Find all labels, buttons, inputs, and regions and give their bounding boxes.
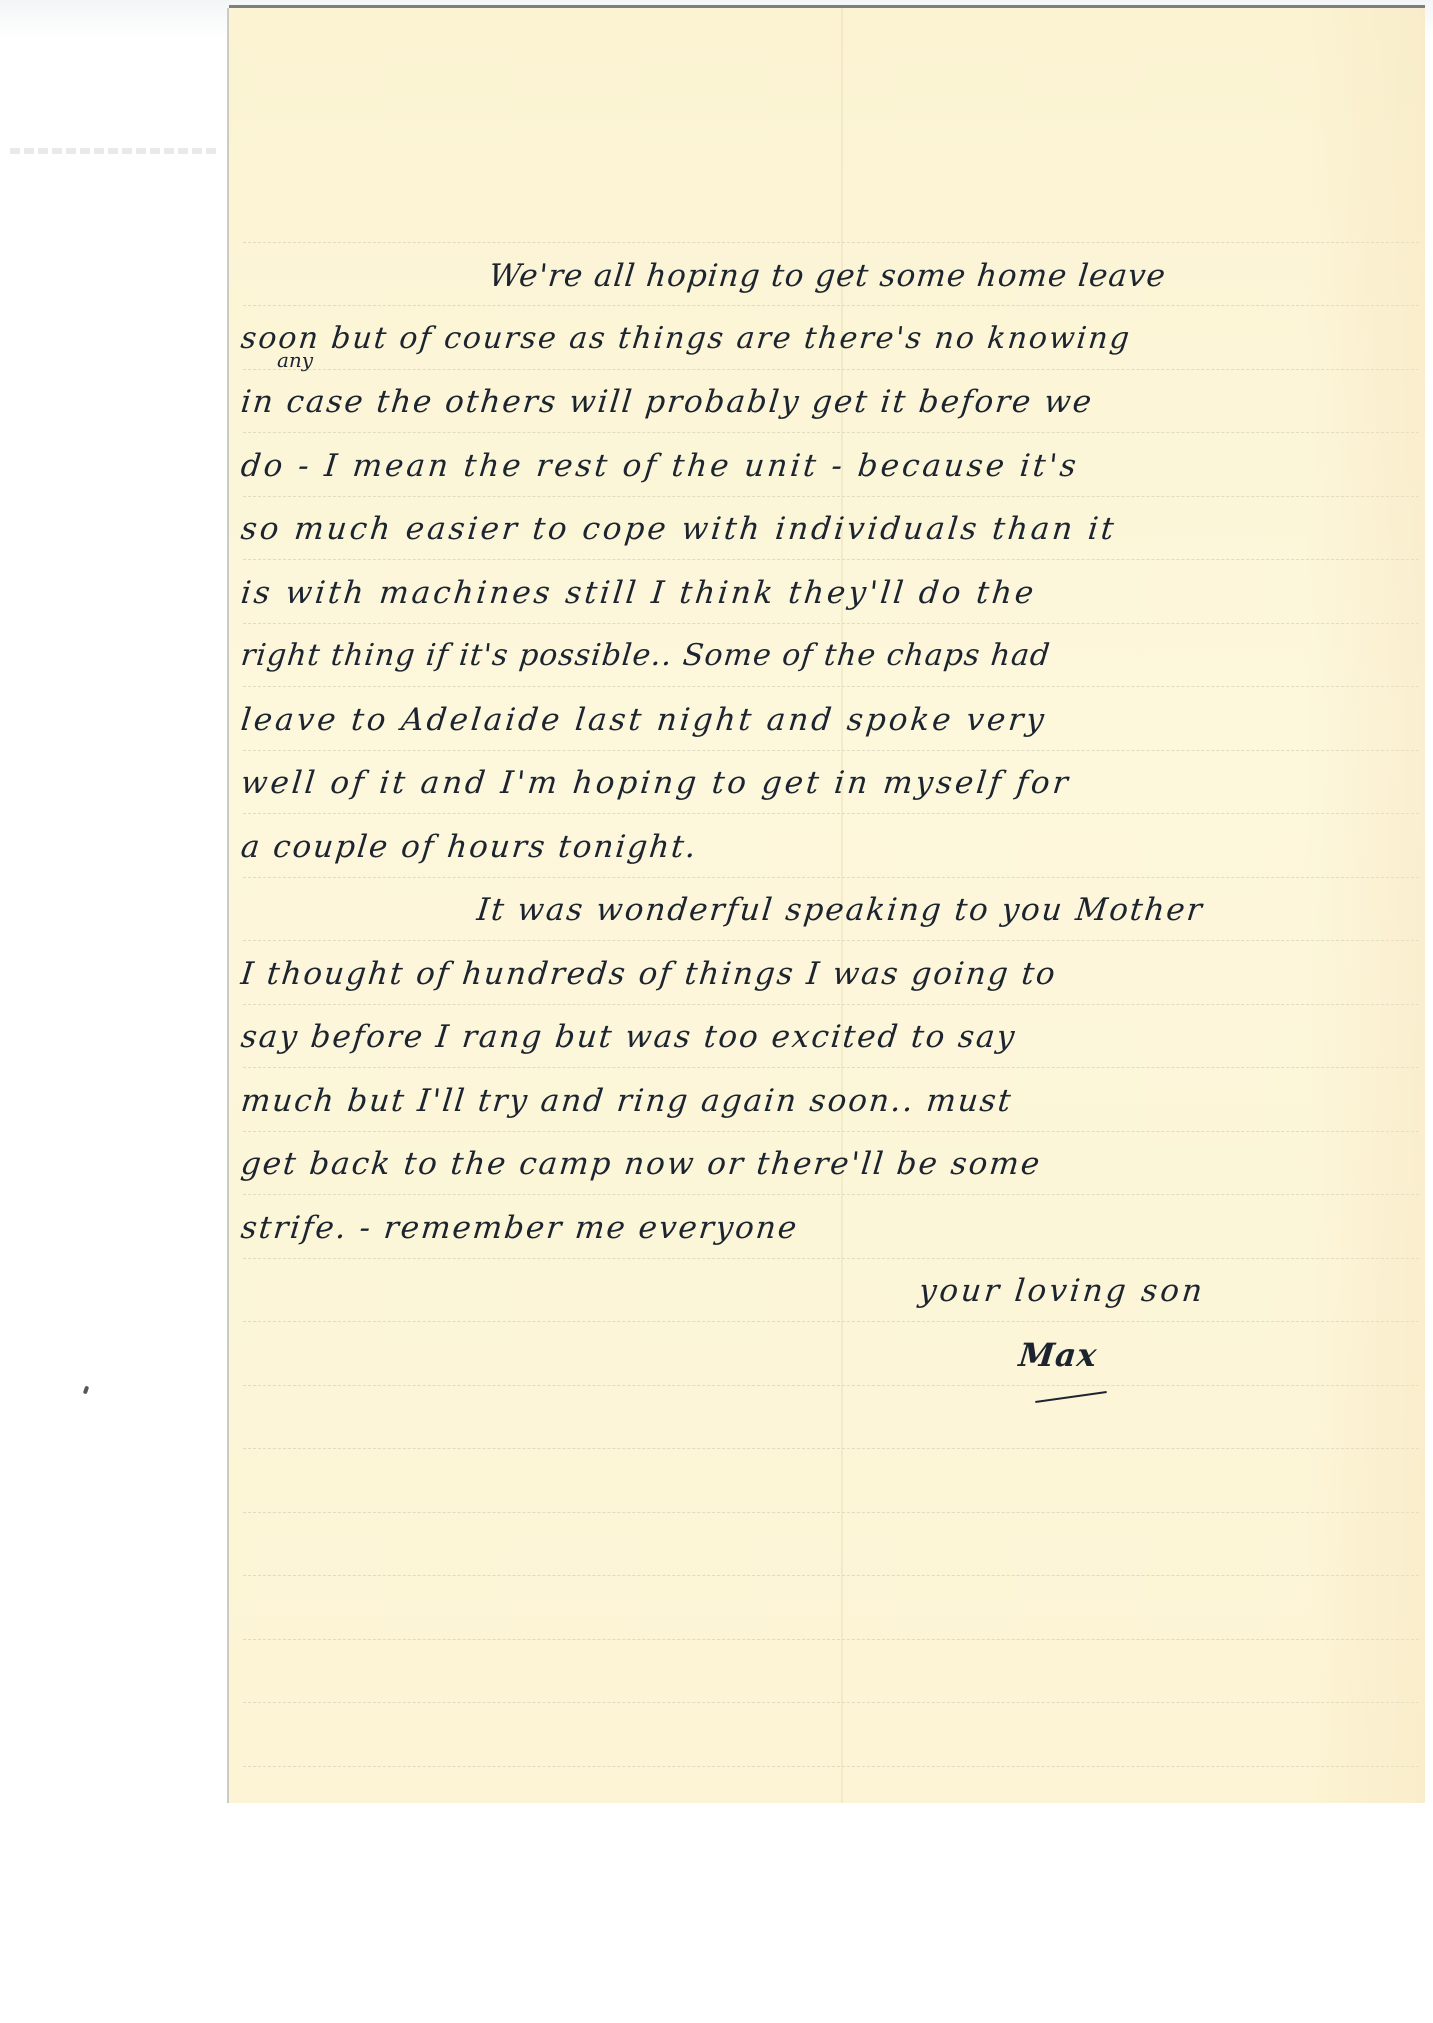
letter-page: We're all hoping to get some home leave … <box>229 8 1425 1803</box>
ruled-line <box>243 623 1419 624</box>
ruled-line <box>243 305 1419 306</box>
ruled-line <box>243 1575 1419 1576</box>
letter-closing: your loving son <box>917 1271 1207 1311</box>
letter-line: soon but of course as things are there's… <box>239 319 1133 359</box>
ruled-line <box>243 369 1419 370</box>
ruled-line <box>243 940 1419 941</box>
letter-line: It was wonderful speaking to you Mother <box>475 890 1206 930</box>
ruled-line <box>243 242 1419 243</box>
letter-line: so much easier to cope with individuals … <box>239 509 1119 549</box>
letter-line: right thing if it's possible.. Some of t… <box>239 636 1052 676</box>
letter-line: say before I rang but was too excited to… <box>239 1017 1018 1057</box>
inserted-word: any <box>277 348 313 372</box>
ruled-line <box>243 432 1419 433</box>
signature-underline <box>1035 1391 1107 1403</box>
ruled-line <box>243 1004 1419 1005</box>
scan-artifact <box>10 148 220 154</box>
letter-line: is with machines still I think they'll d… <box>239 573 1038 613</box>
letter-signature: Max <box>1017 1335 1099 1375</box>
ruled-line <box>243 877 1419 878</box>
ruled-line <box>243 1385 1419 1386</box>
ruled-line <box>243 1766 1419 1767</box>
ruled-line <box>243 1512 1419 1513</box>
ruled-line <box>243 496 1419 497</box>
letter-line: a couple of hours tonight. <box>239 827 700 867</box>
ruled-line <box>243 1702 1419 1703</box>
ruled-line <box>243 1321 1419 1322</box>
letter-line: get back to the camp now or there'll be … <box>239 1144 1043 1184</box>
ruled-line <box>243 813 1419 814</box>
ruled-line <box>243 1448 1419 1449</box>
letter-line: much but I'll try and ring again soon.. … <box>239 1081 1015 1121</box>
ruled-line <box>243 1067 1419 1068</box>
letter-line: leave to Adelaide last night and spoke v… <box>239 700 1049 740</box>
ruled-line <box>243 686 1419 687</box>
ruled-line <box>243 559 1419 560</box>
ruled-line <box>243 750 1419 751</box>
letter-line: We're all hoping to get some home leave <box>487 256 1168 296</box>
letter-line: in case the others will probably get it … <box>239 382 1095 422</box>
ruled-line <box>243 1194 1419 1195</box>
letter-line: strife. - remember me everyone <box>239 1208 800 1248</box>
letter-line: well of it and I'm hoping to get in myse… <box>239 763 1073 803</box>
ruled-line <box>243 1258 1419 1259</box>
ruled-line <box>243 1639 1419 1640</box>
ruled-line <box>243 1131 1419 1132</box>
letter-line: do - I mean the rest of the unit - becau… <box>239 446 1081 486</box>
letter-line: I thought of hundreds of things I was go… <box>239 954 1059 994</box>
